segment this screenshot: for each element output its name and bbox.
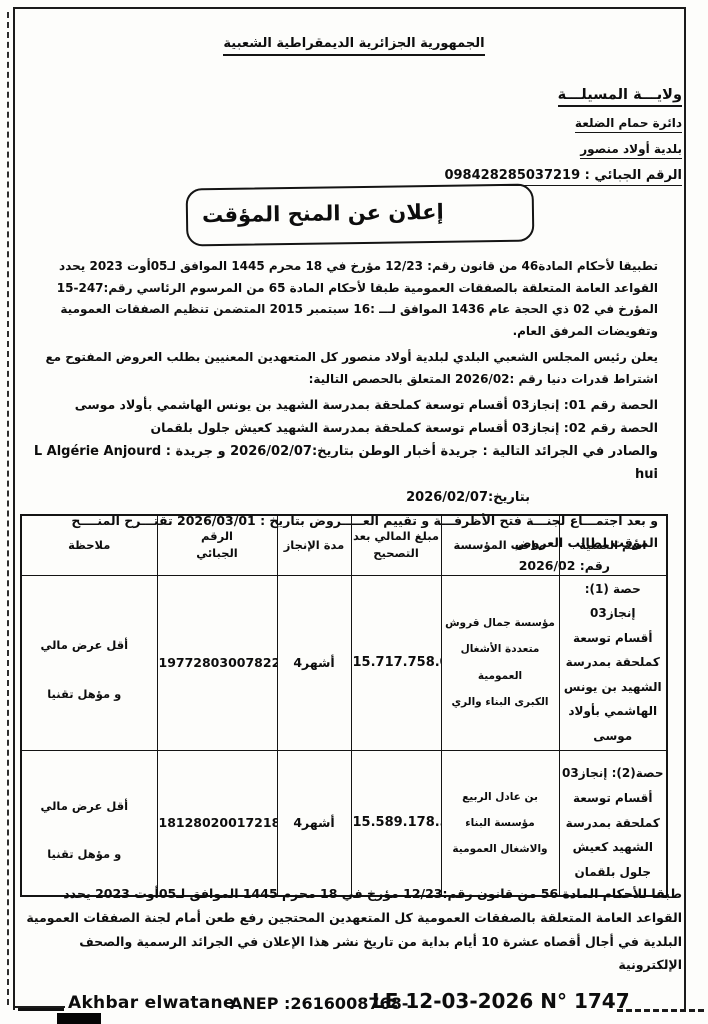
company-cell: مؤسسة جمال قروش متعددة الأشغال العمومية …: [441, 575, 559, 750]
footer-date-and-number: LE 12-03-2026 N° 1747: [372, 989, 630, 1013]
scan-ink-blob: [57, 1013, 101, 1024]
announcement-title-box: إعلان عن المنح المؤقت: [186, 184, 535, 247]
col-header-note: ملاحظة: [21, 515, 157, 575]
newspapers-date-line: بتاريخ:2026/02/07: [28, 487, 658, 510]
wilaya-line: ولايـــة المسيلـــة: [444, 84, 682, 107]
tender-announcement-paragraph: يعلن رئيس المجلس الشعبي البلدي لبلدية أو…: [28, 347, 658, 390]
lot-1-line: الحصة رقم 01: إنجاز03 أقسام توسعة كملحقة…: [28, 394, 658, 416]
awards-table: اسم العملية صاحب المؤسسة مبلغ المالي بعد…: [20, 514, 668, 897]
republic-header: الجمهورية الجزائرية الديمقراطية الشعبية: [0, 32, 708, 56]
amount-cell: 15.717.758.00: [351, 575, 441, 750]
table-row-lot2: حصة(2): إنجاز03 أقسام توسعة كملحقة بمدرس…: [21, 750, 667, 896]
tax-number-cell: 181280200172189: [157, 750, 277, 896]
amount-cell: 15.589.178.50: [351, 750, 441, 896]
footer-newspaper-name: Akhbar elwatane: [68, 993, 235, 1013]
operation-cell: حصة(2): إنجاز03 أقسام توسعة كملحقة بمدرس…: [559, 750, 667, 896]
issuing-authority-block: ولايـــة المسيلـــة دائرة حمام الضلعة بل…: [444, 84, 682, 191]
note-cell: أقل عرض مالي و مؤهل تقنيا: [21, 750, 157, 896]
commune-name: بلدية أولاد منصور: [580, 142, 682, 159]
awards-table-header: اسم العملية صاحب المؤسسة مبلغ المالي بعد…: [21, 515, 667, 575]
lot-2-line: الحصة رقم 02: إنجاز03 أقسام توسعة كملحقة…: [28, 417, 658, 439]
scan-left-margin-line: [7, 12, 9, 1005]
tax-number-cell: 197728030078226: [157, 575, 277, 750]
footer-left-rule: [18, 1008, 64, 1011]
duration-cell: أشهر4: [277, 750, 351, 896]
operation-cell: حصة (1): إنجاز03 أقسام توسعة كملحقة بمدر…: [559, 575, 667, 750]
commune-line: بلدية أولاد منصور: [444, 138, 682, 159]
announcement-title: إعلان عن المنح المؤقت: [202, 200, 444, 227]
republic-header-text: الجمهورية الجزائرية الديمقراطية الشعبية: [223, 36, 484, 56]
daira-name: دائرة حمام الضلعة: [575, 116, 682, 133]
col-header-tax: الرقم الجبائي: [157, 515, 277, 575]
appeal-rights-paragraph: طبقا للأحكام المادة 56 من قانون رقم:12/2…: [24, 882, 682, 977]
header-row: اسم العملية صاحب المؤسسة مبلغ المالي بعد…: [21, 515, 667, 575]
col-header-amount: مبلغ المالي بعد التصحيح: [351, 515, 441, 575]
wilaya-name: ولايـــة المسيلـــة: [558, 87, 682, 107]
tax-id-line: الرقم الجبائي : 098428285037219: [444, 164, 682, 186]
scanned-tender-award-document: { "doc": { "republic": "الجمهورية الجزائ…: [0, 0, 708, 1024]
company-cell: بن عادل الربيع مؤسسة البناء والاشغال الع…: [441, 750, 559, 896]
col-header-duration: مدة الإنجاز: [277, 515, 351, 575]
legal-intro-paragraph: تطبيقا لأحكام المادة46 من قانون رقم: 12/…: [28, 256, 658, 342]
col-header-operation: اسم العملية: [559, 515, 667, 575]
note-cell: أقل عرض مالي و مؤهل تقنيا: [21, 575, 157, 750]
table-row-lot1: حصة (1): إنجاز03 أقسام توسعة كملحقة بمدر…: [21, 575, 667, 750]
newspapers-line: والصادر في الجرائد التالية : جريدة أخبار…: [28, 441, 658, 487]
duration-cell: أشهر4: [277, 575, 351, 750]
bottom-right-dashed-line: [617, 1009, 704, 1012]
col-header-company: صاحب المؤسسة: [441, 515, 559, 575]
daira-line: دائرة حمام الضلعة: [444, 112, 682, 133]
tax-id-value: الرقم الجبائي : 098428285037219: [444, 168, 682, 186]
